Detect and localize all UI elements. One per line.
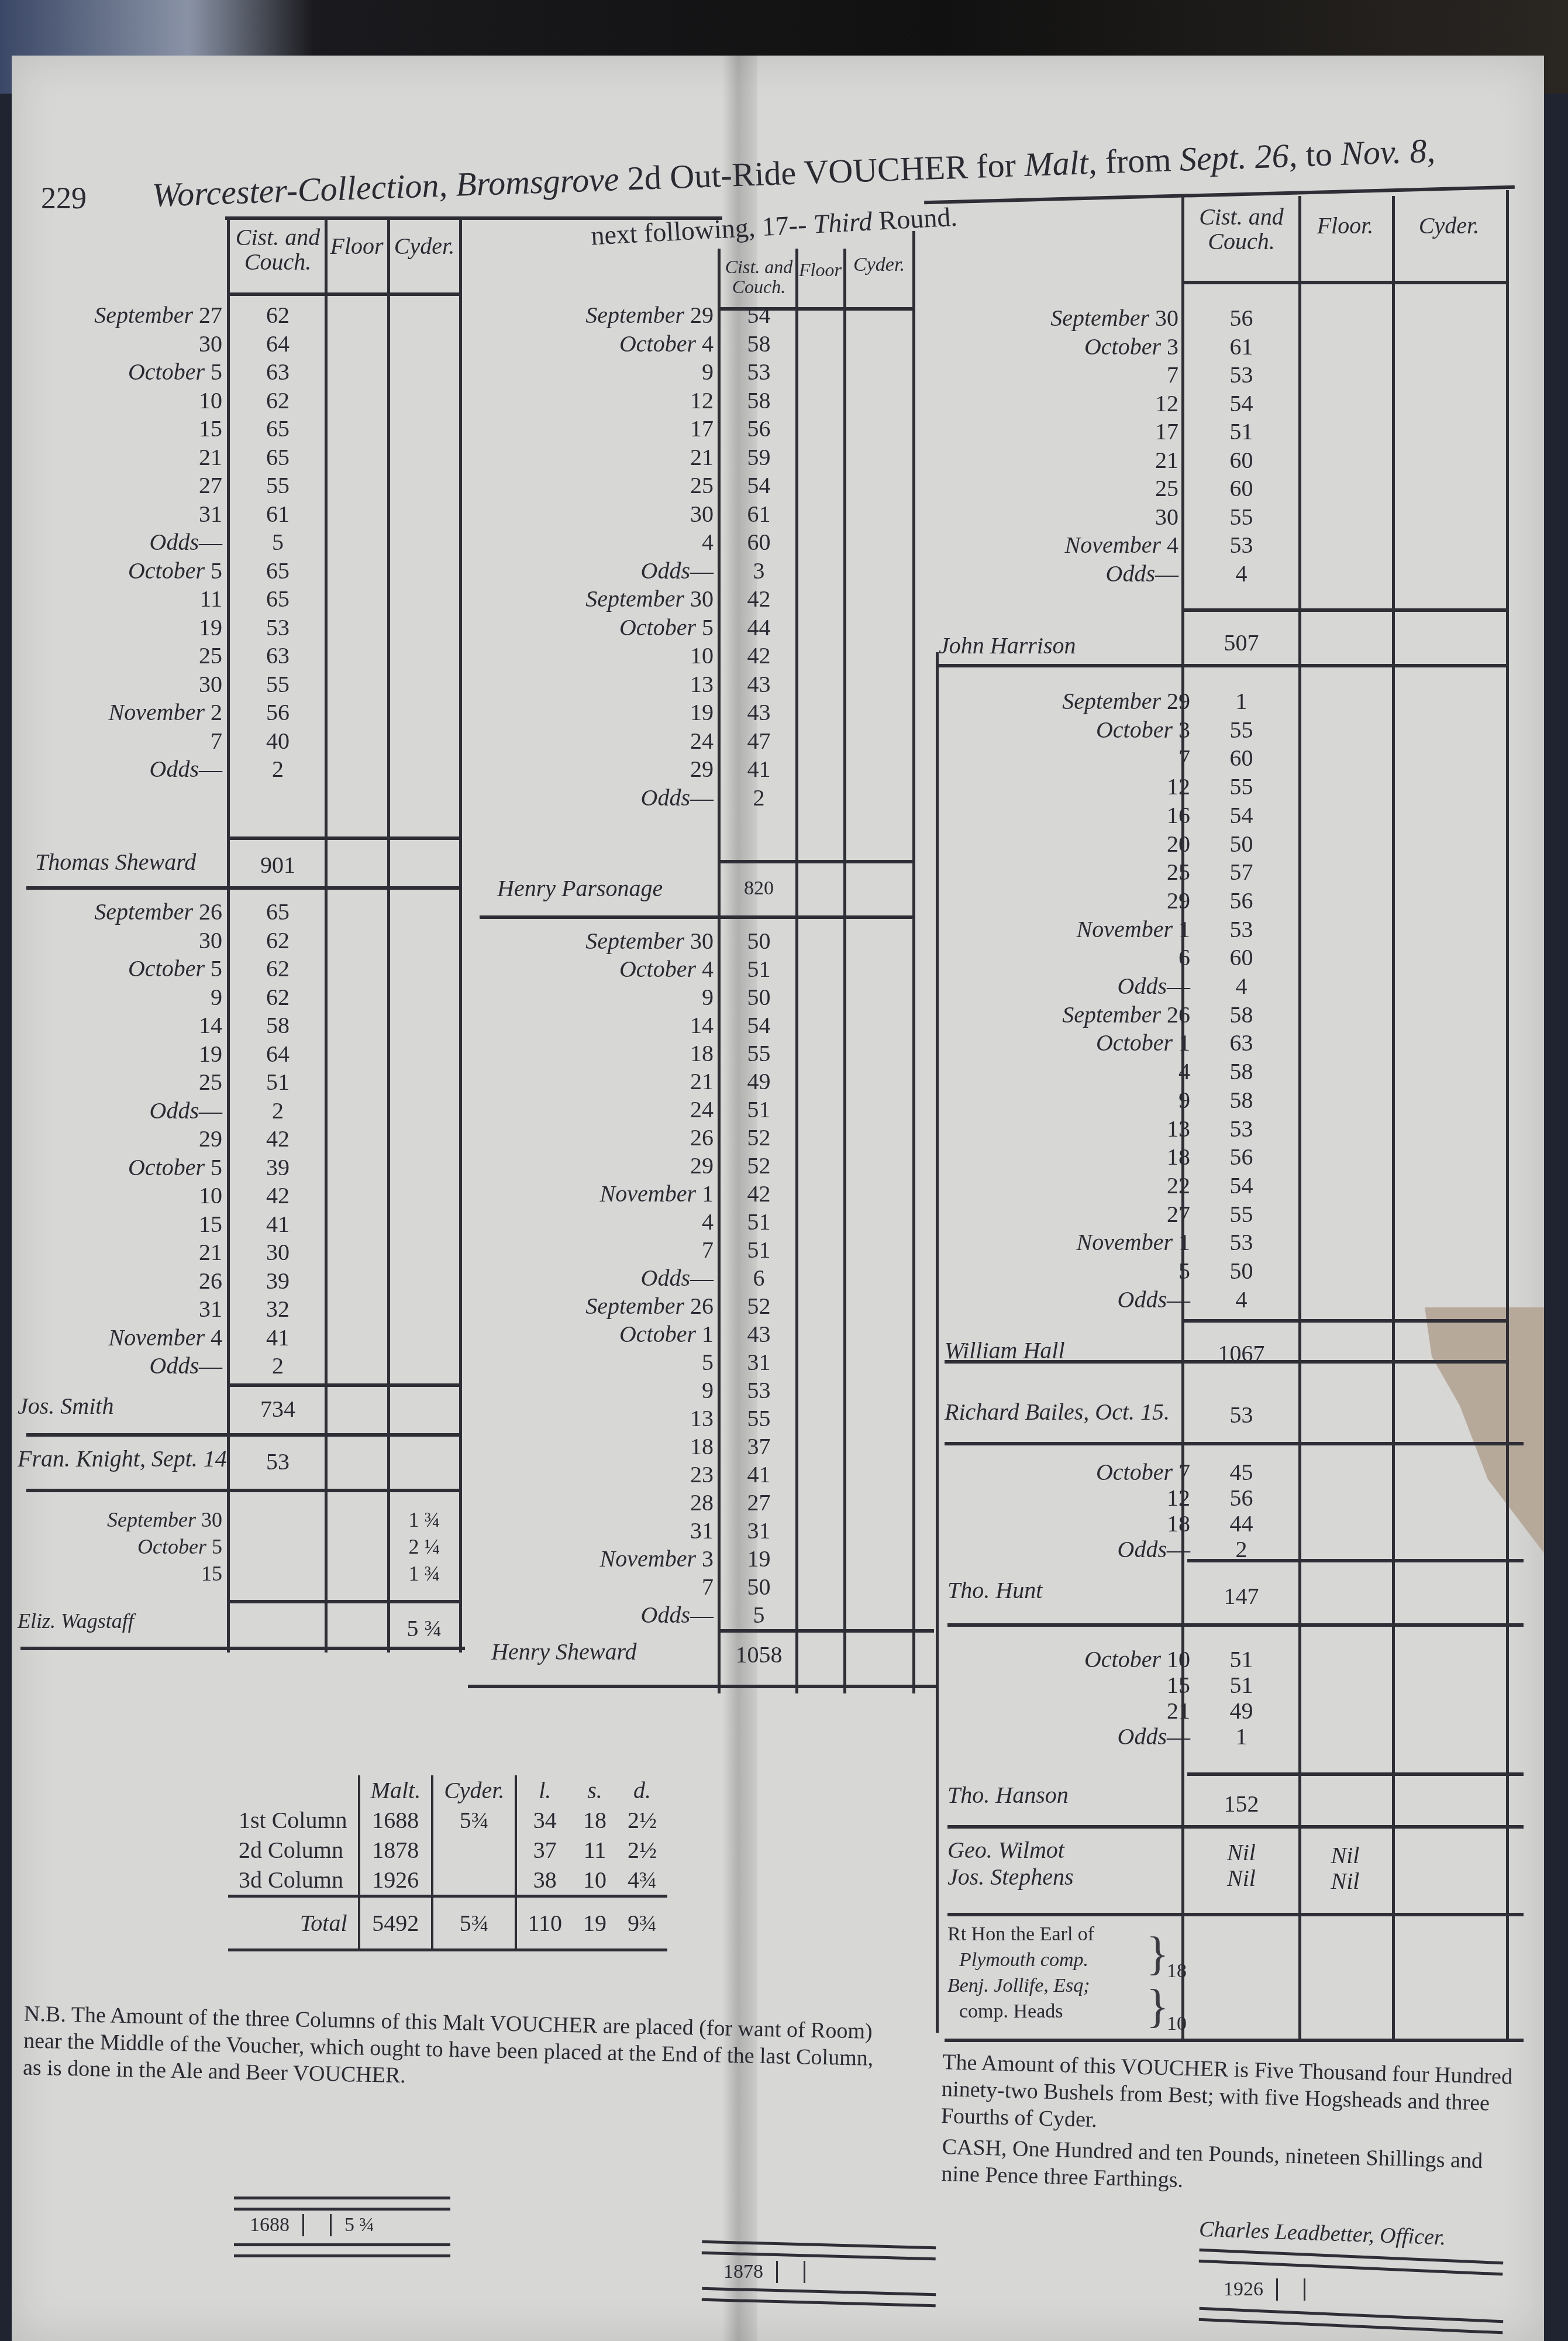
date-row: November 4 xyxy=(1000,531,1178,560)
date-row: 27 xyxy=(47,471,222,500)
title-malt: Malt, xyxy=(1023,143,1097,184)
value: 58 xyxy=(722,387,795,415)
value: 58 xyxy=(722,330,795,359)
col2-rule-c xyxy=(843,249,846,1693)
value: 41 xyxy=(722,755,795,784)
footer-cyder xyxy=(805,2261,831,2283)
value: 60 xyxy=(722,528,795,557)
cyder: 5¾ xyxy=(432,1805,516,1835)
value: 51 xyxy=(1187,1672,1295,1698)
page-subtitle: next following, 17-- Third Round. xyxy=(590,201,958,252)
value: 50 xyxy=(722,983,795,1011)
value: 65 xyxy=(231,898,325,927)
date-row: 15 xyxy=(47,1560,222,1587)
date-row: 12 xyxy=(538,387,714,415)
col1-header-floor: Floor xyxy=(328,234,386,259)
date-row: 31 xyxy=(47,1295,222,1324)
date-row: 30 xyxy=(47,670,222,699)
date-row: 18 xyxy=(1000,1143,1190,1172)
col1-header-cyder: Cyder. xyxy=(391,234,458,259)
date-row: 5 xyxy=(1000,1257,1190,1286)
value: 50 xyxy=(722,1573,795,1601)
col2-rule-d xyxy=(912,231,915,1693)
value: 56 xyxy=(1187,1143,1295,1172)
value: 54 xyxy=(1187,801,1295,830)
date-row: 29 xyxy=(538,1152,714,1180)
col3-header-floor: Floor. xyxy=(1301,214,1389,238)
date-row: September 30 xyxy=(538,585,714,614)
date-row: 21 xyxy=(538,1068,714,1096)
date-row: 17 xyxy=(538,415,714,443)
rule xyxy=(20,1647,465,1650)
value: 55 xyxy=(1187,716,1295,745)
col3-block5-dates: October 10 15 21 Odds— xyxy=(1000,1647,1190,1750)
col3-header-rule xyxy=(1181,281,1506,284)
value: Nil xyxy=(1187,1865,1295,1891)
title-from: from xyxy=(1105,140,1172,181)
value: 41 xyxy=(231,1210,325,1239)
date-row: 21 xyxy=(47,443,222,472)
value: 62 xyxy=(231,955,325,983)
date-row: October 3 xyxy=(1000,333,1178,362)
date-row: September 27 xyxy=(47,301,222,330)
date-row: 7 xyxy=(1000,361,1178,390)
compounders: Rt Hon the Earl of Plymouth comp. Benj. … xyxy=(947,1922,1094,2025)
rule xyxy=(1181,608,1506,612)
date-row: Odds— xyxy=(47,1097,222,1125)
value: 55 xyxy=(722,1039,795,1068)
value: 3 xyxy=(722,557,795,586)
date-row: October 1 xyxy=(1000,1029,1190,1058)
date-row: 31 xyxy=(538,1517,714,1545)
value: 43 xyxy=(722,1320,795,1348)
value: 62 xyxy=(231,983,325,1012)
date-row: November 4 xyxy=(47,1324,222,1352)
value: 5 xyxy=(231,528,325,557)
nb-note: N.B. The Amount of the three Columns of … xyxy=(23,2001,890,2099)
rule xyxy=(1181,1319,1506,1323)
value: 58 xyxy=(231,1011,325,1040)
col1-block4-cyder: 1 ¾ 2 ¼ 1 ¾ xyxy=(391,1506,458,1587)
value: 51 xyxy=(722,1236,795,1264)
payer-total: 820 xyxy=(722,877,795,900)
value: 60 xyxy=(1187,474,1295,503)
col2-header-cist: Cist. and Couch. xyxy=(722,257,795,297)
col2-header-cyder: Cyder. xyxy=(847,254,911,276)
rule xyxy=(468,1685,936,1688)
value: 39 xyxy=(231,1154,325,1182)
value: 65 xyxy=(231,443,325,472)
summary-row: 1st Column 1688 5¾ 34 18 2½ xyxy=(228,1805,667,1835)
value: 44 xyxy=(722,614,795,642)
shillings: 18 xyxy=(573,1805,617,1835)
date-row: October 4 xyxy=(538,955,714,983)
footer-blank xyxy=(304,2214,332,2236)
date-row: 18 xyxy=(538,1039,714,1068)
date-row: 9 xyxy=(538,983,714,1011)
date-row: 9 xyxy=(47,983,222,1012)
value: 42 xyxy=(231,1182,325,1210)
col1-header-rule xyxy=(227,292,461,296)
col1-rule-c xyxy=(387,219,390,1653)
payer-name: Fran. Knight, Sept. 14 xyxy=(18,1445,227,1472)
value: 27 xyxy=(722,1489,795,1517)
col3-rule-d xyxy=(1506,190,1509,2039)
value: 50 xyxy=(1187,830,1295,859)
payer-name: Henry Sheward xyxy=(491,1638,636,1665)
date-row: September 30 xyxy=(47,1506,222,1533)
date-row: October 5 xyxy=(538,614,714,642)
compounder-line: comp. Heads xyxy=(947,1999,1094,2025)
value: 54 xyxy=(1187,1172,1295,1200)
value: 41 xyxy=(231,1324,325,1352)
date-row: 4 xyxy=(538,1208,714,1236)
date-row: 30 xyxy=(1000,503,1178,532)
value: 54 xyxy=(1187,390,1295,418)
value: 39 xyxy=(231,1267,325,1296)
value: 64 xyxy=(231,330,325,359)
value: 53 xyxy=(1187,1115,1295,1144)
date-row: Odds— xyxy=(1000,1724,1190,1750)
footer-col3: 1926 xyxy=(1211,2278,1331,2301)
subtitle-round: Round. xyxy=(878,202,958,236)
summary-header-row: Malt. Cyder. l. s. d. xyxy=(228,1775,667,1805)
value: 56 xyxy=(1187,1485,1295,1511)
date-row: October 5 xyxy=(47,1533,222,1560)
torn-corner xyxy=(1404,1307,1544,1553)
total-label: Total xyxy=(228,1896,359,1950)
col3-header-cist: Cist. and Couch. xyxy=(1187,205,1295,254)
date-row: September 30 xyxy=(1000,304,1178,333)
malt: 1688 xyxy=(359,1805,433,1835)
rule xyxy=(947,1825,1524,1829)
value: 2 xyxy=(231,1352,325,1380)
rule xyxy=(718,1629,934,1633)
payer-total: 734 xyxy=(231,1395,325,1423)
rule xyxy=(26,1433,462,1437)
date-row: 29 xyxy=(538,755,714,784)
col3-top-rule xyxy=(924,185,1515,204)
header-cyder: Cyder. xyxy=(432,1775,516,1805)
compounder-counts: 18 10 xyxy=(1167,1945,1187,2050)
col1-rule-a xyxy=(227,219,230,1653)
shillings: 11 xyxy=(573,1835,617,1865)
value: 63 xyxy=(231,358,325,387)
value: 60 xyxy=(1187,744,1295,773)
date-row: 25 xyxy=(1000,858,1190,887)
date-row: 31 xyxy=(47,500,222,529)
value: 30 xyxy=(231,1238,325,1267)
brace-icon: }} xyxy=(1146,1927,1169,2033)
total-pence: 9¾ xyxy=(617,1896,667,1950)
date-row: Odds— xyxy=(47,528,222,557)
date-row: Odds— xyxy=(538,784,714,813)
value: 50 xyxy=(722,927,795,955)
value: 53 xyxy=(1187,1228,1295,1257)
col3-rule-c xyxy=(1392,196,1395,2039)
value: 32 xyxy=(231,1295,325,1324)
value: 54 xyxy=(722,1011,795,1039)
pence: 4¾ xyxy=(617,1865,667,1896)
date-row: 9 xyxy=(538,358,714,387)
value: 62 xyxy=(231,387,325,415)
value: 4 xyxy=(1187,1286,1295,1314)
date-row: Odds— xyxy=(538,1264,714,1292)
value: 56 xyxy=(1187,887,1295,915)
value: 54 xyxy=(722,471,795,500)
count: 18 xyxy=(1167,1945,1187,1998)
value: 58 xyxy=(1187,1001,1295,1030)
nil-payers: Geo. Wilmot Jos. Stephens xyxy=(947,1837,1074,1891)
col1-rule-b xyxy=(325,219,328,1653)
date-row: 12 xyxy=(1000,1485,1190,1511)
payer-name: John Harrison xyxy=(939,632,1076,659)
payer-total: 152 xyxy=(1187,1790,1295,1817)
payer-name: Jos. Stephens xyxy=(947,1864,1074,1891)
date-row: 25 xyxy=(47,642,222,670)
value: 62 xyxy=(231,927,325,955)
value: 51 xyxy=(722,955,795,983)
date-row: 25 xyxy=(538,471,714,500)
summary-total-row: Total 5492 5¾ 110 19 9¾ xyxy=(228,1896,667,1950)
value: 44 xyxy=(1187,1511,1295,1537)
date-row: September 26 xyxy=(1000,1001,1190,1030)
value: 37 xyxy=(722,1433,795,1461)
col3-block1-dates: September 30 October 3 7 12 17 21 25 30 … xyxy=(1000,304,1178,588)
date-row: 25 xyxy=(47,1068,222,1097)
value: 53 xyxy=(1187,531,1295,560)
date-row: 12 xyxy=(1000,773,1190,801)
pence: 2½ xyxy=(617,1805,667,1835)
date-row: 13 xyxy=(538,1404,714,1433)
compounder-line: Rt Hon the Earl of xyxy=(947,1922,1094,1947)
footer-blank xyxy=(1278,2278,1305,2301)
date-row: 10 xyxy=(47,387,222,415)
payer-total: 53 xyxy=(231,1448,325,1475)
value: 59 xyxy=(722,443,795,472)
date-row: 7 xyxy=(538,1573,714,1601)
date-row: September 29 xyxy=(538,301,714,330)
value: 52 xyxy=(722,1152,795,1180)
footer-cyder: 5 ¾ xyxy=(332,2214,387,2236)
malt: 1926 xyxy=(359,1865,433,1896)
date-row: 18 xyxy=(1000,1511,1190,1537)
value: Nil xyxy=(1301,1843,1389,1868)
value: 43 xyxy=(722,698,795,727)
value: 53 xyxy=(231,614,325,642)
value: 61 xyxy=(1187,333,1295,362)
value: 49 xyxy=(722,1068,795,1096)
date-row: 14 xyxy=(538,1011,714,1039)
payer-name: Henry Parsonage xyxy=(497,875,663,902)
summary-table: Malt. Cyder. l. s. d. 1st Column 1688 5¾… xyxy=(228,1775,667,1951)
date-row: October 5 xyxy=(47,358,222,387)
footer-rule xyxy=(234,2243,450,2257)
value: 49 xyxy=(1187,1698,1295,1724)
value: 53 xyxy=(1187,361,1295,390)
value: 56 xyxy=(1187,304,1295,333)
value: 42 xyxy=(722,585,795,614)
date-row: September 26 xyxy=(538,1292,714,1320)
row-label: 2d Column xyxy=(228,1835,359,1865)
value: 58 xyxy=(1187,1058,1295,1086)
date-row: 15 xyxy=(1000,1672,1190,1698)
col2-rule-a xyxy=(718,249,721,1693)
date-row: Odds— xyxy=(1000,560,1178,588)
value: 65 xyxy=(231,415,325,443)
value: 55 xyxy=(231,471,325,500)
payer-name: Tho. Hanson xyxy=(947,1781,1069,1809)
nil-floor: Nil Nil xyxy=(1301,1843,1389,1894)
date-row: 30 xyxy=(47,927,222,955)
date-row: 9 xyxy=(1000,1086,1190,1115)
col2-rule-b xyxy=(795,249,798,1693)
col3-block1-values: 56 61 53 54 51 60 60 55 53 4 xyxy=(1187,304,1295,588)
cyder xyxy=(432,1835,516,1865)
date-row: Odds— xyxy=(47,1352,222,1380)
date-row: October 7 xyxy=(1000,1459,1190,1485)
total-cyder: 5¾ xyxy=(432,1896,516,1950)
value: 60 xyxy=(1187,944,1295,972)
date-row: 25 xyxy=(1000,474,1178,503)
value: 2 xyxy=(231,1097,325,1125)
col1-block1-values: 62 64 63 62 65 65 55 61 5 65 65 53 63 55… xyxy=(231,301,325,784)
col3-block5-values: 51 51 49 1 xyxy=(1187,1647,1295,1750)
title-end-date: Nov. 8, xyxy=(1340,131,1436,173)
footer-rule xyxy=(1199,2249,1504,2276)
value: 60 xyxy=(1187,446,1295,475)
col3-rule-left xyxy=(936,652,939,2033)
date-row: 13 xyxy=(538,670,714,699)
voucher-page: 229 Worcester-Collection, Bromsgrove 2d … xyxy=(12,56,1544,2341)
value: 55 xyxy=(1187,503,1295,532)
row-label: 1st Column xyxy=(228,1805,359,1835)
subtitle-third: Third xyxy=(812,206,873,239)
value: 2 xyxy=(231,755,325,784)
footer-rule xyxy=(1199,2307,1504,2335)
value: 55 xyxy=(722,1404,795,1433)
value: 53 xyxy=(722,1376,795,1404)
footer-col2: 1878 xyxy=(711,2261,831,2283)
value: 54 xyxy=(722,301,795,330)
footer-blank xyxy=(778,2261,805,2283)
value: 56 xyxy=(722,415,795,443)
date-row: Odds— xyxy=(1000,972,1190,1001)
title-place: Bromsgrove xyxy=(455,160,619,204)
footer-malt: 1688 xyxy=(237,2214,304,2236)
col2-block2-values: 50 51 50 54 55 49 51 52 52 42 51 51 6 52… xyxy=(722,927,795,1629)
rule xyxy=(26,886,462,890)
summary-row: 3d Column 1926 38 10 4¾ xyxy=(228,1865,667,1896)
date-row: Odds— xyxy=(47,755,222,784)
nil-cist: Nil Nil xyxy=(1187,1840,1295,1891)
col2-header-floor: Floor xyxy=(798,260,842,280)
header-pence: d. xyxy=(617,1775,667,1805)
date-row: 24 xyxy=(538,727,714,756)
rule xyxy=(1187,1559,1524,1562)
date-row: 27 xyxy=(1000,1200,1190,1229)
rule xyxy=(945,2039,1524,2042)
amount-note: The Amount of this VOUCHER is Five Thous… xyxy=(940,2049,1521,2144)
row-label: 3d Column xyxy=(228,1865,359,1896)
payer-name: Richard Bailes, Oct. 15. xyxy=(945,1398,1170,1426)
header-malt: Malt. xyxy=(359,1775,433,1805)
col3-block2-values: 1 55 60 55 54 50 57 56 53 60 4 58 63 58 … xyxy=(1187,687,1295,1314)
value: 31 xyxy=(722,1348,795,1376)
pounds: 34 xyxy=(516,1805,573,1835)
value: 52 xyxy=(722,1292,795,1320)
col3-block4-values: 45 56 44 2 xyxy=(1187,1459,1295,1562)
date-row: 19 xyxy=(47,1040,222,1069)
date-row: 26 xyxy=(538,1124,714,1152)
date-row: 9 xyxy=(538,1376,714,1404)
footer-malt: 1878 xyxy=(711,2261,778,2283)
value: 51 xyxy=(231,1068,325,1097)
date-row: 7 xyxy=(47,727,222,756)
date-row: 16 xyxy=(1000,801,1190,830)
title-start-date: Sept. 26, xyxy=(1179,136,1298,178)
col3-block4-dates: October 7 12 18 Odds— xyxy=(1000,1459,1190,1562)
header-pounds: l. xyxy=(516,1775,573,1805)
col1-block1-dates: September 27 30 October 5 10 15 21 27 31… xyxy=(47,301,222,784)
payer-total: 507 xyxy=(1187,629,1295,656)
date-row: Odds— xyxy=(1000,1286,1190,1314)
footer-rule xyxy=(234,2197,450,2211)
date-row: 15 xyxy=(47,1210,222,1239)
rule xyxy=(945,1442,1524,1445)
date-row: 7 xyxy=(1000,744,1190,773)
col2-block2-dates: September 30 October 4 9 14 18 21 24 26 … xyxy=(538,927,714,1629)
value: 45 xyxy=(1187,1459,1295,1485)
date-row: 29 xyxy=(1000,887,1190,915)
date-row: 17 xyxy=(1000,418,1178,446)
value: Nil xyxy=(1301,1868,1389,1894)
date-row: 15 xyxy=(47,415,222,443)
date-row: November 1 xyxy=(538,1180,714,1208)
title-to: to xyxy=(1305,135,1333,174)
footer-cyder xyxy=(1305,2278,1331,2301)
rule xyxy=(227,836,461,840)
date-row: 28 xyxy=(538,1489,714,1517)
pounds: 37 xyxy=(516,1835,573,1865)
payer-name: Thomas Sheward xyxy=(35,848,196,876)
date-row: October 1 xyxy=(538,1320,714,1348)
value: 61 xyxy=(722,500,795,529)
date-row: November 1 xyxy=(1000,1228,1190,1257)
value: 43 xyxy=(722,670,795,699)
value: 61 xyxy=(231,500,325,529)
col2-block1-values: 54 58 53 58 56 59 54 61 60 3 42 44 42 43… xyxy=(722,301,795,812)
col1-block4-dates: September 30 October 5 15 xyxy=(47,1506,222,1587)
malt: 1878 xyxy=(359,1835,433,1865)
date-row: 10 xyxy=(47,1182,222,1210)
rule xyxy=(480,915,915,919)
page-number: 229 xyxy=(41,181,87,216)
date-row: 4 xyxy=(538,528,714,557)
date-row: 19 xyxy=(47,614,222,642)
value: 53 xyxy=(1187,915,1295,944)
date-row: 21 xyxy=(1000,1698,1190,1724)
date-row: October 3 xyxy=(1000,716,1190,745)
col1-top-rule xyxy=(225,216,722,220)
title-voucher: 2d Out-Ride VOUCHER for xyxy=(627,146,1016,197)
date-row: 18 xyxy=(538,1433,714,1461)
total-pounds: 110 xyxy=(516,1896,573,1950)
date-row: 30 xyxy=(47,330,222,359)
payer-total: 901 xyxy=(231,851,325,879)
value: 40 xyxy=(231,727,325,756)
value: 47 xyxy=(722,727,795,756)
